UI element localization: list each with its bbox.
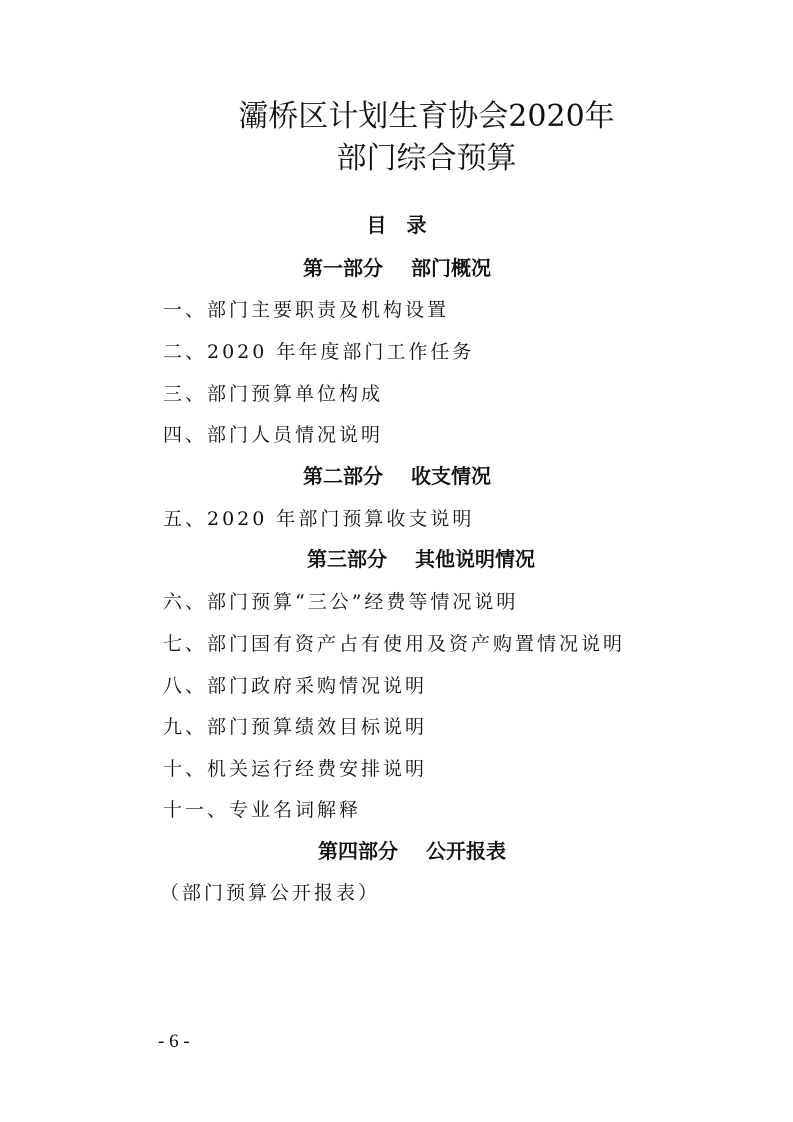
toc-heading: 目 录 bbox=[0, 212, 793, 238]
toc-item-9[interactable]: 九、部门预算绩效目标说明 bbox=[163, 714, 427, 740]
part-label: 第二部分 bbox=[303, 464, 383, 488]
toc-part-2[interactable]: 第二部分收支情况 bbox=[303, 463, 491, 489]
toc-part-3[interactable]: 第三部分其他说明情况 bbox=[307, 546, 535, 572]
toc-part-4[interactable]: 第四部分公开报表 bbox=[318, 838, 506, 864]
part-label: 第三部分 bbox=[307, 547, 387, 571]
document-title-line2: 部门综合预算 bbox=[30, 141, 793, 177]
toc-item-11[interactable]: 十一、专业名词解释 bbox=[163, 797, 361, 823]
part-name: 公开报表 bbox=[426, 839, 506, 863]
toc-item-5[interactable]: 五、2020 年部门预算收支说明 bbox=[163, 506, 474, 532]
toc-item-8[interactable]: 八、部门政府采购情况说明 bbox=[163, 673, 427, 699]
toc-item-2[interactable]: 二、2020 年年度部门工作任务 bbox=[163, 339, 474, 365]
part-name: 其他说明情况 bbox=[415, 547, 535, 571]
page-number: - 6 - bbox=[158, 1030, 190, 1054]
part-label: 第一部分 bbox=[303, 256, 383, 280]
toc-item-10[interactable]: 十、机关运行经费安排说明 bbox=[163, 756, 427, 782]
toc-item-12[interactable]: （部门预算公开报表） bbox=[160, 880, 380, 906]
toc-item-7[interactable]: 七、部门国有资产占有使用及资产购置情况说明 bbox=[163, 631, 625, 657]
toc-item-3[interactable]: 三、部门预算单位构成 bbox=[163, 381, 383, 407]
part-label: 第四部分 bbox=[318, 839, 398, 863]
part-name: 部门概况 bbox=[411, 256, 491, 280]
document-title-line1: 灞桥区计划生育协会2020年 bbox=[30, 99, 793, 135]
toc-item-1[interactable]: 一、部门主要职责及机构设置 bbox=[163, 297, 449, 323]
toc-part-1[interactable]: 第一部分部门概况 bbox=[303, 255, 491, 281]
part-name: 收支情况 bbox=[411, 464, 491, 488]
toc-item-4[interactable]: 四、部门人员情况说明 bbox=[163, 422, 383, 448]
toc-item-6[interactable]: 六、部门预算“三公”经费等情况说明 bbox=[163, 589, 518, 615]
